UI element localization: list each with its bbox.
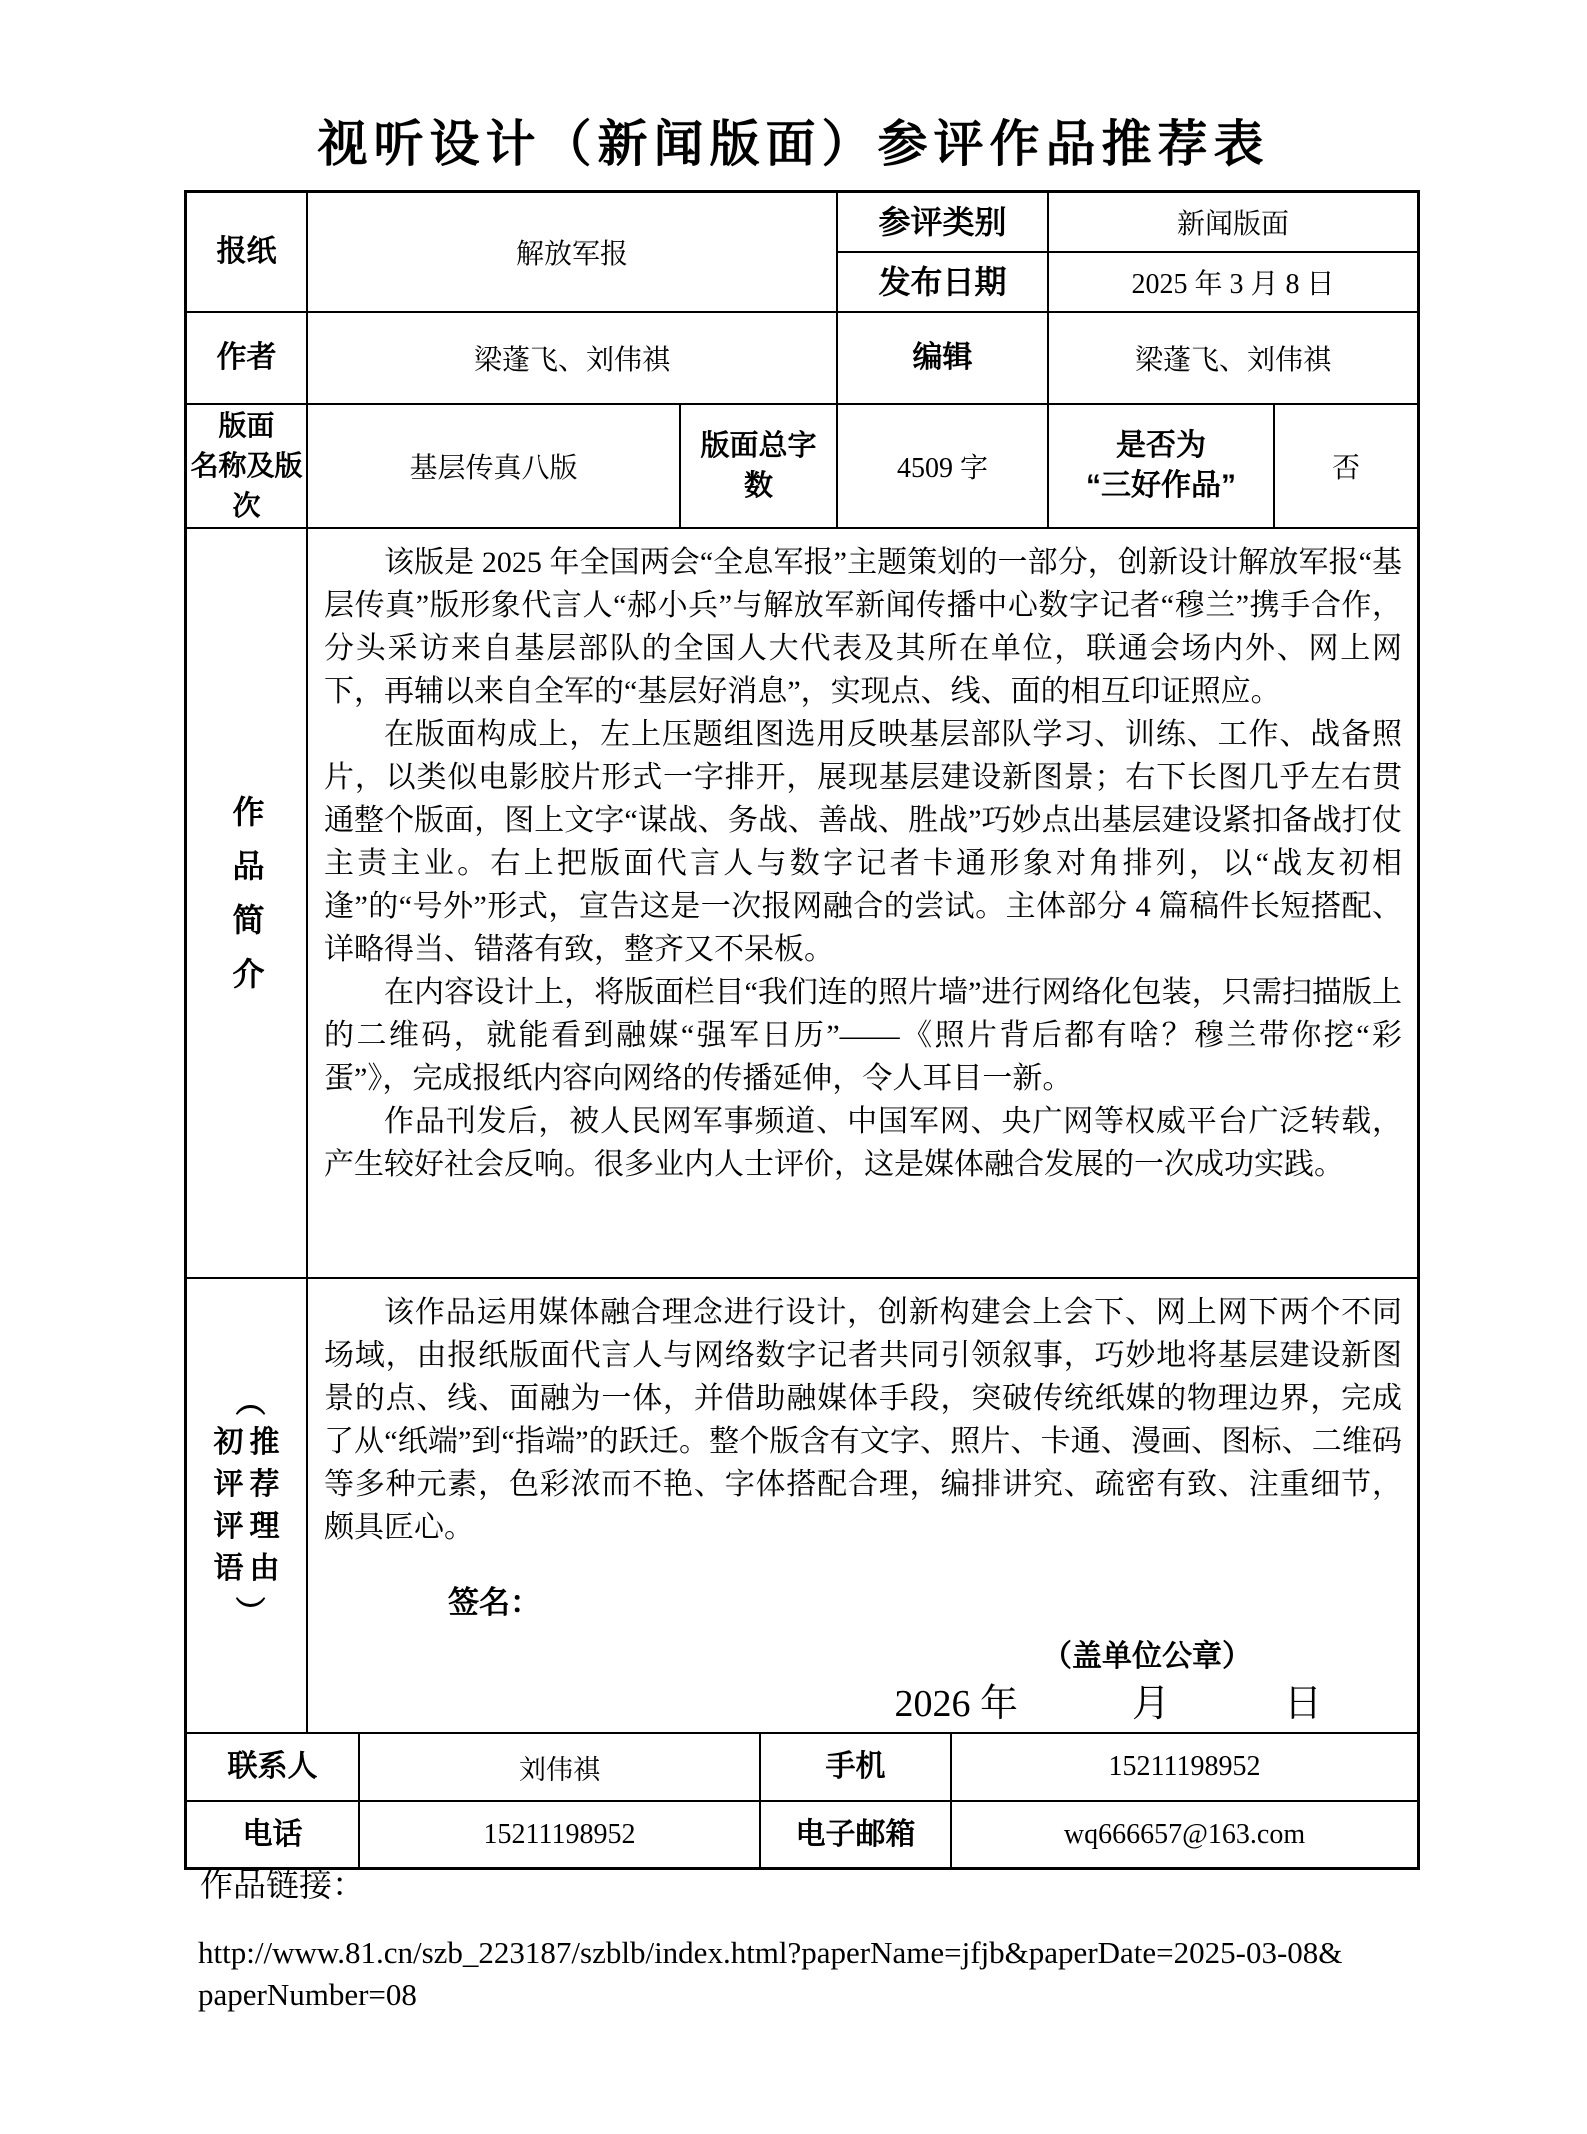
email-label: 电子邮箱 (761, 1802, 952, 1867)
work-link-label: 作品链接： (200, 1866, 365, 1906)
author-label: 作者 (187, 313, 308, 405)
email-value: wq666657@163.com (952, 1802, 1417, 1867)
review-label-char: 荐 (250, 1469, 280, 1501)
table-row-paper: 报纸 解放军报 参评类别 新闻版面 发布日期 2025 年 3 月 8 日 (187, 193, 1417, 313)
review-label-open-bracket: （ (231, 1386, 263, 1416)
table-row-review: （ 初推 评荐 评理 语由 ） 该作品运用媒体融合理念进行设计，创新构建会上会下… (187, 1279, 1417, 1734)
wordcount-value: 4509 字 (838, 405, 1049, 529)
layout-name-value: 基层传真八版 (308, 405, 681, 529)
page-title: 视听设计（新闻版面）参评作品推荐表 (0, 104, 1587, 176)
editor-value: 梁蓬飞、刘伟祺 (1049, 313, 1417, 405)
table-row-author: 作者 梁蓬飞、刘伟祺 编辑 梁蓬飞、刘伟祺 (187, 313, 1417, 405)
review-label-char: 推 (250, 1427, 280, 1459)
category-date-stack: 参评类别 新闻版面 发布日期 2025 年 3 月 8 日 (838, 193, 1417, 313)
table-row-publish-date: 发布日期 2025 年 3 月 8 日 (838, 253, 1417, 313)
work-link-url: http://www.81.cn/szb_223187/szblb/index.… (198, 1932, 1468, 2016)
work-link-url-line2: paperNumber=08 (198, 1974, 1468, 2016)
table-row-phone: 电话 15211198952 电子邮箱 wq666657@163.com (187, 1802, 1417, 1867)
review-content: 该作品运用媒体融合理念进行设计，创新构建会上会下、网上网下两个不同场域，由报纸版… (308, 1279, 1417, 1734)
summary-content: 该版是 2025 年全国两会“全息军报”主题策划的一部分，创新设计解放军报“基层… (308, 529, 1417, 1279)
review-label-char: 理 (250, 1511, 280, 1543)
wordcount-label: 版面总字数 (681, 405, 838, 529)
table-row-layout: 版面 名称及版次 基层传真八版 版面总字数 4509 字 是否为 “三好作品” … (187, 405, 1417, 529)
review-label-close-bracket: ） (231, 1596, 263, 1626)
review-paragraph: 该作品运用媒体融合理念进行设计，创新构建会上会下、网上网下两个不同场域，由报纸版… (324, 1291, 1402, 1549)
review-label-char: 评 (214, 1469, 244, 1501)
contact-label: 联系人 (187, 1734, 360, 1802)
table-row-contact: 联系人 刘伟祺 手机 15211198952 (187, 1734, 1417, 1802)
three-good-label-line2: “三好作品” (1086, 466, 1236, 506)
three-good-value: 否 (1275, 405, 1417, 529)
category-label: 参评类别 (838, 193, 1049, 253)
seal-note: （盖单位公章） (324, 1637, 1402, 1677)
publish-date-label: 发布日期 (838, 253, 1049, 313)
summary-paragraph: 在内容设计上，将版面栏目“我们连的照片墙”进行网络化包装，只需扫描版上的二维码，… (324, 971, 1402, 1100)
editor-label: 编辑 (838, 313, 1049, 405)
review-vertical-label: 初推 评荐 评理 语由 (214, 1427, 280, 1585)
document-page: 视听设计（新闻版面）参评作品推荐表 报纸 解放军报 参评类别 新闻版面 发布日期… (0, 0, 1587, 2134)
table-row-summary: 作品简介 该版是 2025 年全国两会“全息军报”主题策划的一部分，创新设计解放… (187, 529, 1417, 1279)
layout-name-label-line2: 名称及版次 (187, 446, 306, 526)
mobile-value: 15211198952 (952, 1734, 1417, 1802)
summary-paragraph: 在版面构成上，左上压题组图选用反映基层部队学习、训练、工作、战备照片，以类似电影… (324, 713, 1402, 971)
summary-paragraph: 该版是 2025 年全国两会“全息军报”主题策划的一部分，创新设计解放军报“基层… (324, 541, 1402, 713)
summary-vertical-label: 作品简介 (231, 795, 263, 1011)
paper-value: 解放军报 (308, 193, 838, 313)
summary-label-cell: 作品简介 (187, 529, 308, 1279)
three-good-label-line1: 是否为 (1116, 426, 1206, 466)
paper-label: 报纸 (187, 193, 308, 313)
layout-name-label-line1: 版面 (218, 406, 274, 446)
review-label-char: 评 (214, 1511, 244, 1543)
review-label-char: 语 (214, 1553, 244, 1585)
work-link-url-line1: http://www.81.cn/szb_223187/szblb/index.… (198, 1932, 1468, 1974)
layout-name-label: 版面 名称及版次 (187, 405, 308, 529)
three-good-label: 是否为 “三好作品” (1049, 405, 1275, 529)
table-row-category: 参评类别 新闻版面 (838, 193, 1417, 253)
review-label-char: 由 (250, 1553, 280, 1585)
phone-label: 电话 (187, 1802, 360, 1867)
author-value: 梁蓬飞、刘伟祺 (308, 313, 838, 405)
review-label-char: 初 (214, 1427, 244, 1459)
phone-value: 15211198952 (360, 1802, 761, 1867)
summary-paragraph: 作品刊发后，被人民网军事频道、中国军网、央广网等权威平台广泛转载，产生较好社会反… (324, 1100, 1402, 1186)
publish-date-value: 2025 年 3 月 8 日 (1049, 253, 1417, 313)
review-date-line: 2026 年 月 日 (324, 1681, 1402, 1727)
contact-value: 刘伟祺 (360, 1734, 761, 1802)
category-value: 新闻版面 (1049, 193, 1417, 253)
signature-label: 签名： (324, 1583, 1402, 1623)
review-label-cell: （ 初推 评荐 评理 语由 ） (187, 1279, 308, 1734)
mobile-label: 手机 (761, 1734, 952, 1802)
recommendation-form-table: 报纸 解放军报 参评类别 新闻版面 发布日期 2025 年 3 月 8 日 作者… (184, 190, 1420, 1870)
